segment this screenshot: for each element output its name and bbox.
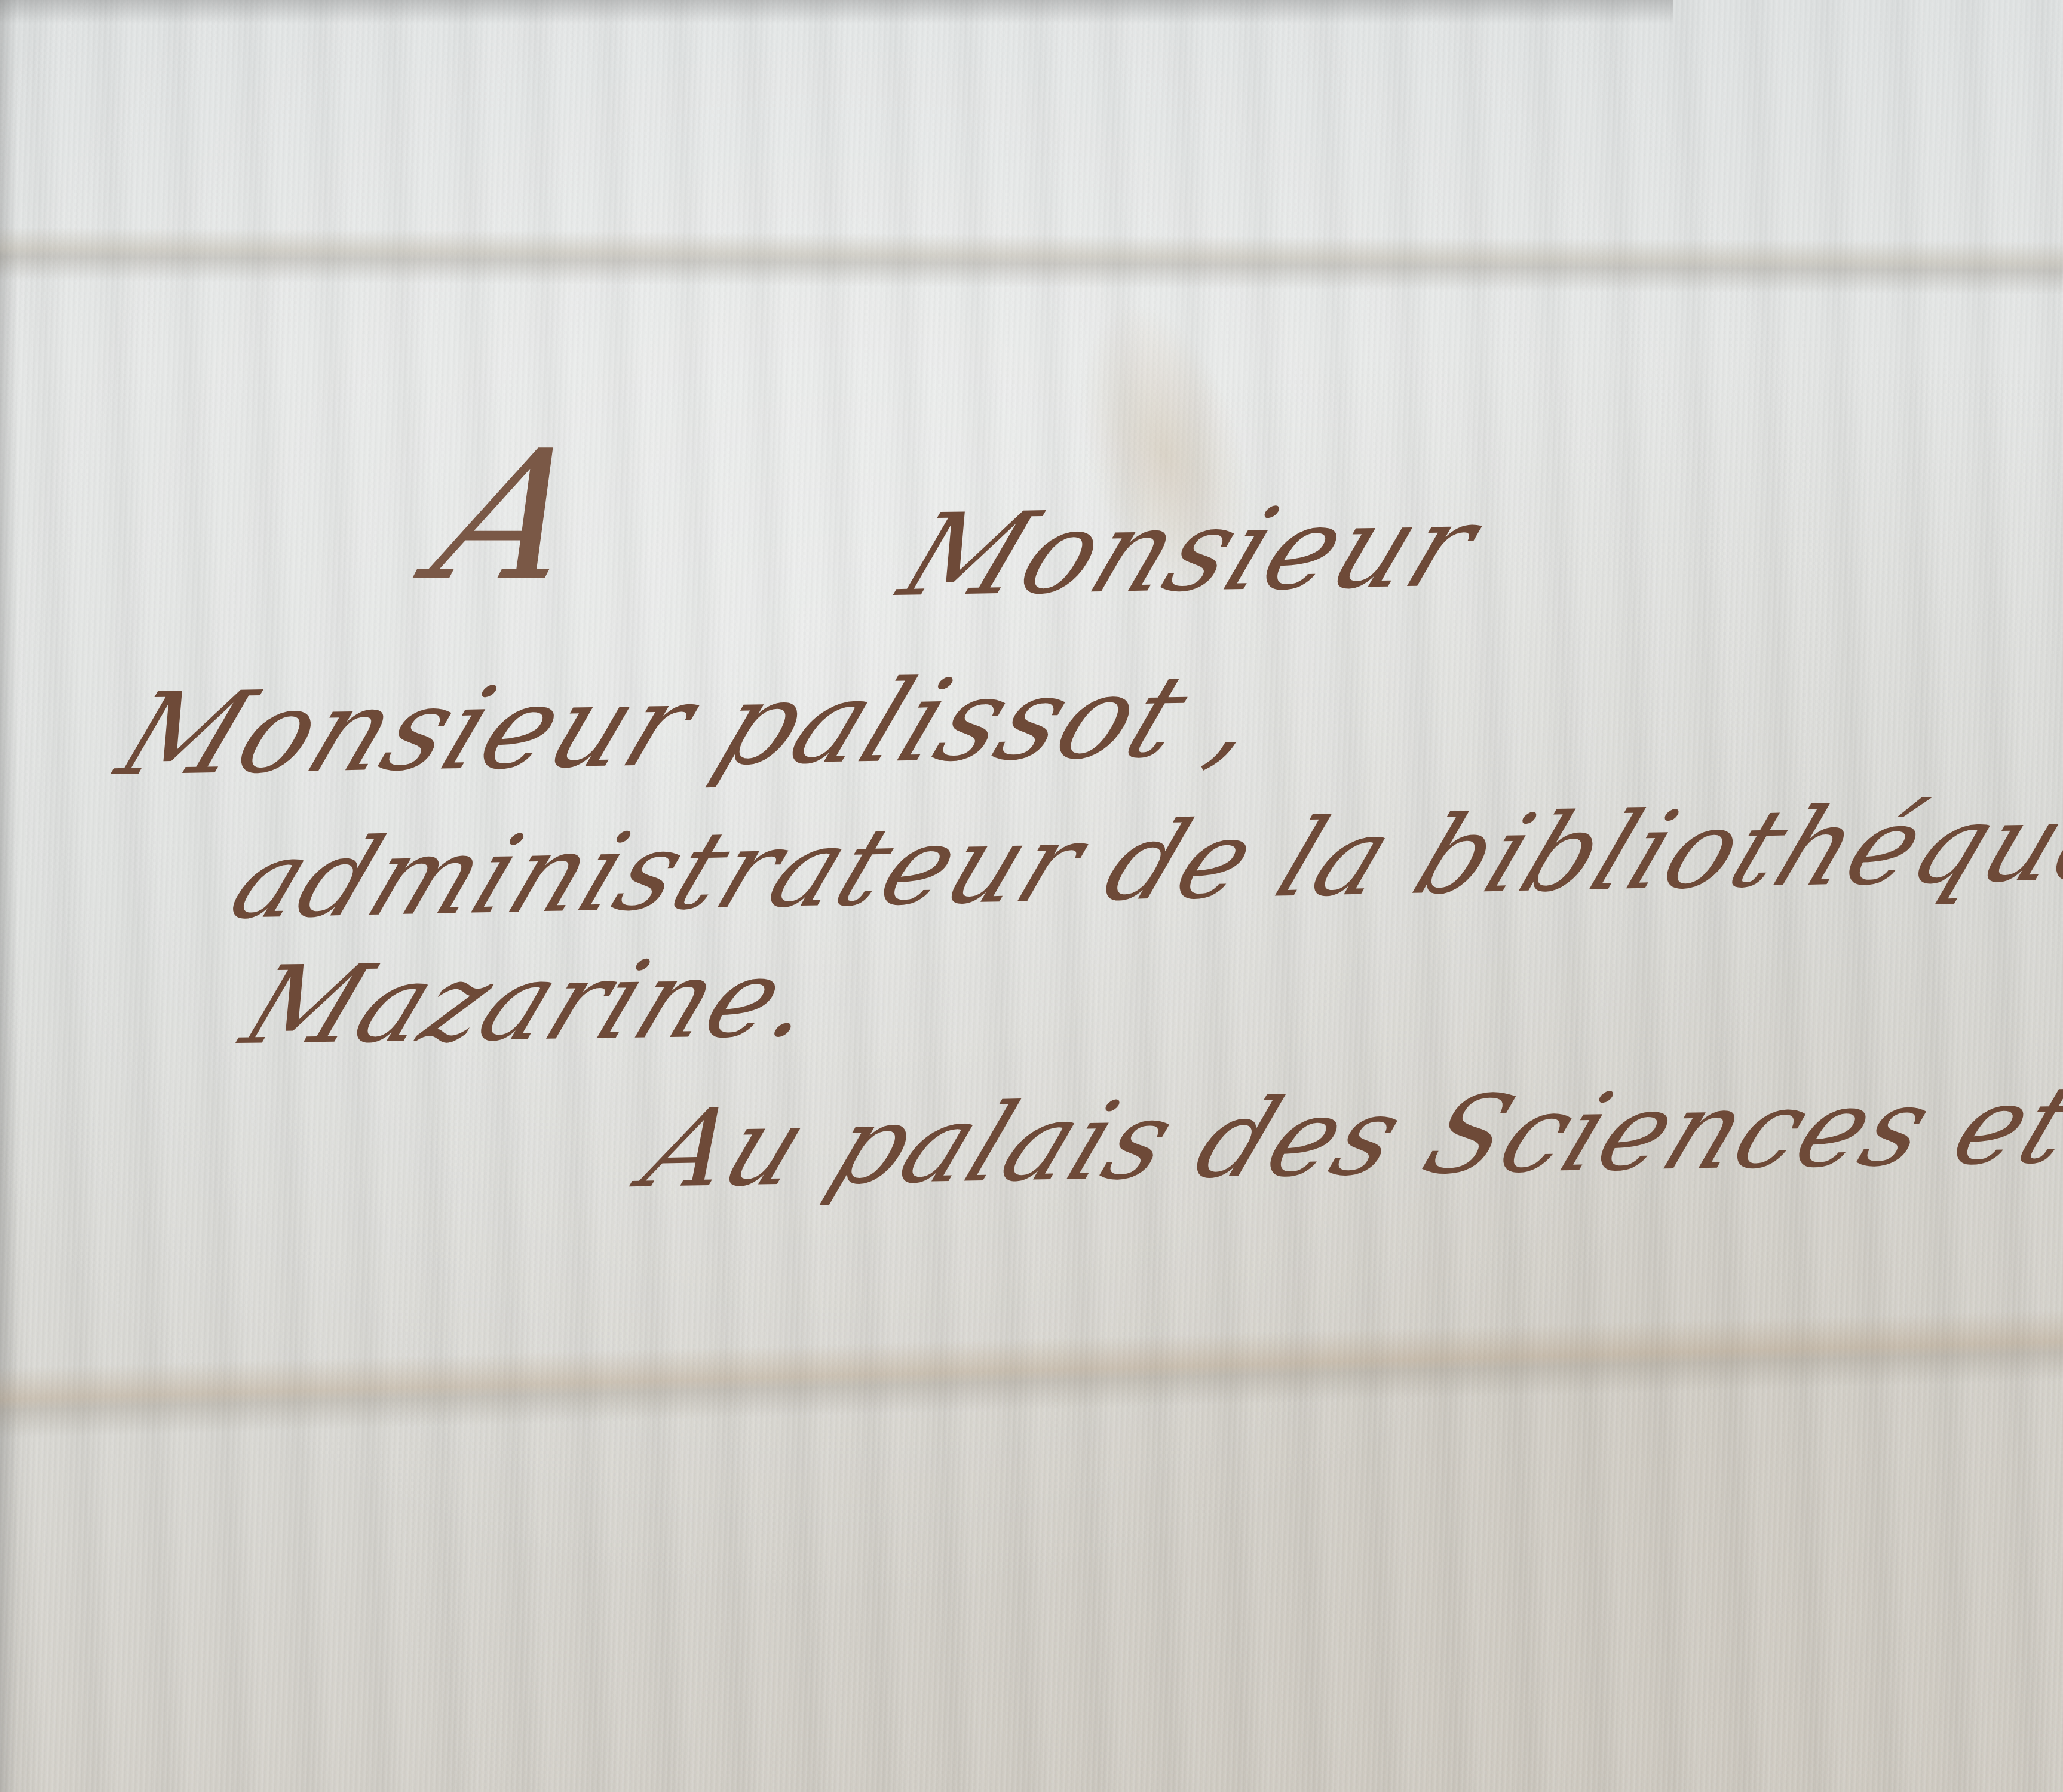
recipient-role: administrateur de la bibliothéque [215, 779, 2063, 943]
recipient-address: Au palais des Sciences et arts. [627, 1057, 2063, 1212]
paper-top-edge [0, 0, 1673, 24]
recipient-institution: Mazarine. [227, 936, 838, 1069]
fold-crease-bottom [0, 1308, 2063, 1440]
address-salutation: A [412, 412, 611, 621]
letter-photo: A Monsieur Monsieur palissot , administr… [0, 0, 2063, 1792]
address-title: Monsieur [884, 480, 1495, 622]
recipient-name: Monsieur palissot , [102, 649, 1282, 801]
fold-crease-top [0, 227, 2063, 295]
